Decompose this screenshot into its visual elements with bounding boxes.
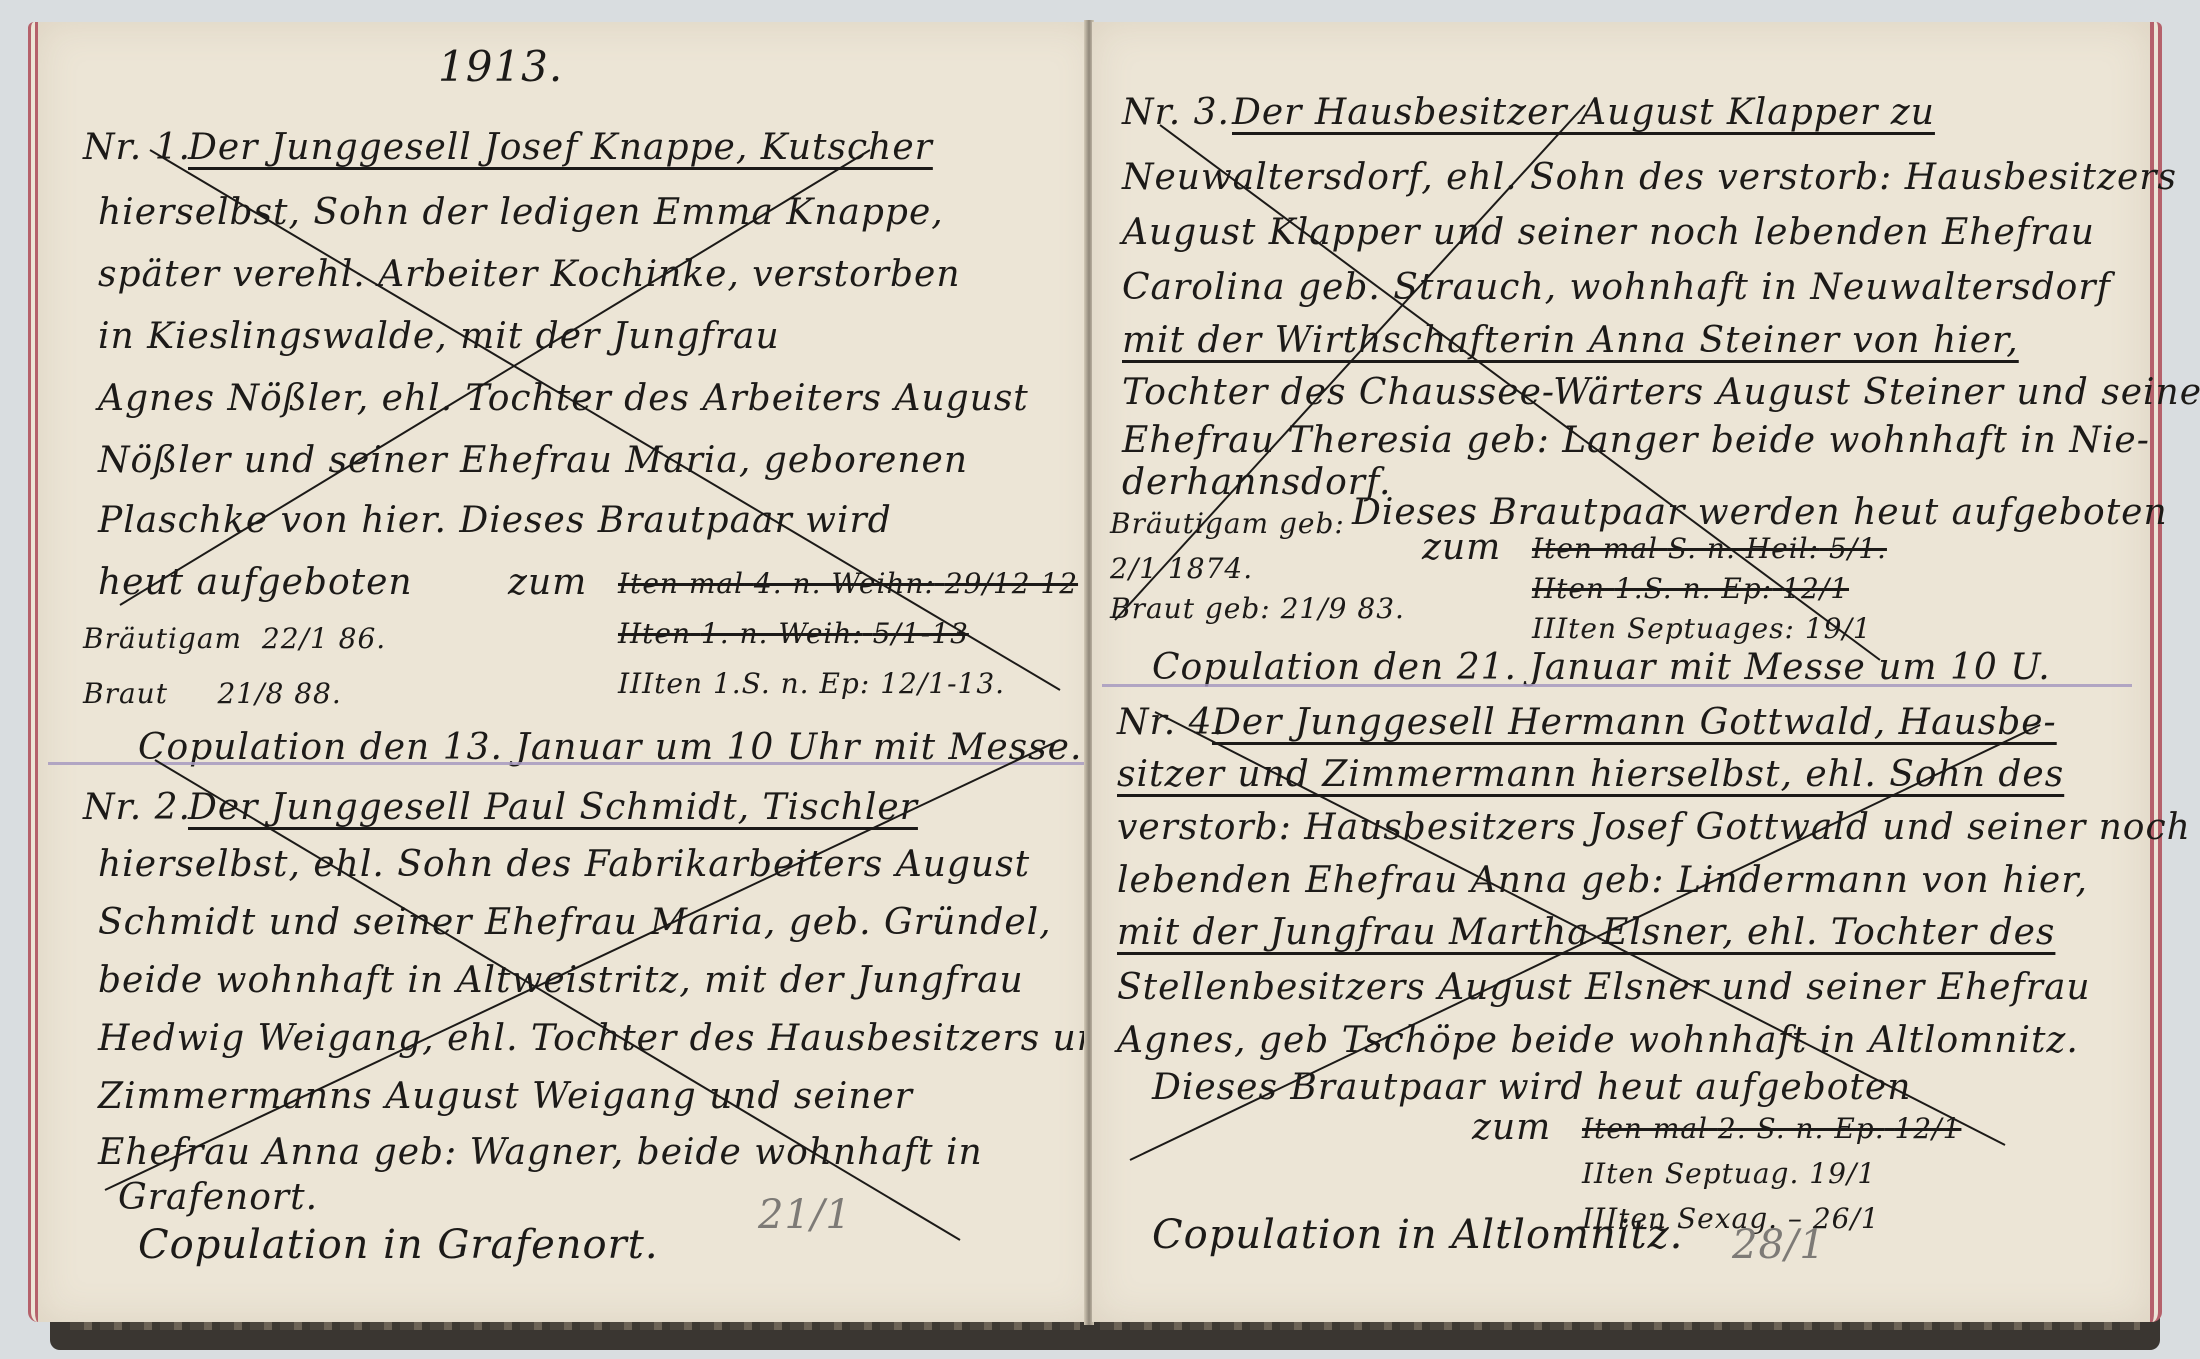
entry-line: Carolina geb. Strauch, wohnhaft in Neuwa…	[1122, 267, 2111, 308]
proclamation-1: Iten mal S. n. Heil: 5/1.	[1532, 532, 1887, 565]
entry-line: mit der Wirthschafterin Anna Steiner von…	[1122, 320, 2019, 361]
entry-line: hierselbst, ehl. Sohn des Fabrikarbeiter…	[98, 844, 1030, 885]
entry-line: Stellenbesitzers August Elsner und seine…	[1117, 967, 2091, 1008]
proclamation-1: Iten mal 4. n. Weihn: 29/12 12	[618, 567, 1078, 600]
left-page: 1913. Nr. 1. Der Junggesell Josef Knappe…	[28, 22, 1098, 1322]
entry-line: hierselbst, Sohn der ledigen Emma Knappe…	[98, 192, 944, 233]
proclamation-2: IIten 1.S. n. Ep: 12/1	[1532, 572, 1849, 605]
copulation-note: Copulation den 21. Januar mit Messe um 1…	[1152, 647, 2051, 688]
proclamation-2: IIten Septuag. 19/1	[1582, 1157, 1876, 1190]
birth-bride: Braut geb: 21/9 83.	[1110, 592, 1405, 625]
entry-line: Der Hausbesitzer August Klapper zu	[1232, 92, 1935, 133]
birth-groom-label: Bräutigam geb:	[1110, 507, 1345, 540]
entry-line: Plaschke von hier. Dieses Brautpaar wird	[98, 500, 892, 541]
proclamation-intro: zum	[508, 562, 587, 603]
entry-line: Hedwig Weigang, ehl. Tochter des Hausbes…	[98, 1018, 1125, 1059]
pencil-date: 28/1	[1732, 1222, 1826, 1268]
proclamation-2: IIten 1. n. Weih: 5/1-13	[618, 617, 969, 650]
entry-line: Neuwaltersdorf, ehl. Sohn des verstorb: …	[1122, 157, 2177, 198]
proclamation-1: Iten mal 2. S. n. Ep. 12/1	[1582, 1112, 1961, 1145]
birth-bride: Braut 21/8 88.	[83, 677, 342, 710]
entry-line: August Klapper und seiner noch lebenden …	[1122, 212, 2095, 253]
year-heading: 1913.	[438, 42, 563, 91]
proclamation-3: IIIten Septuages: 19/1	[1532, 612, 1872, 645]
entry-line: später verehl. Arbeiter Kochinke, versto…	[98, 254, 961, 295]
birth-groom: Bräutigam 22/1 86.	[83, 622, 386, 655]
entry-line: Grafenort.	[118, 1177, 318, 1218]
proclamation-3: IIIten 1.S. n. Ep: 12/1-13.	[618, 667, 1005, 700]
right-page: Nr. 3. Der Hausbesitzer August Klapper z…	[1092, 22, 2162, 1322]
entry-line: mit der Jungfrau Martha Elsner, ehl. Toc…	[1117, 912, 2055, 953]
entry-line: Dieses Brautpaar wird heut aufgeboten	[1152, 1067, 1911, 1108]
entry-line: verstorb: Hausbesitzers Josef Gottwald u…	[1117, 807, 2191, 848]
entry-line: Der Junggesell Hermann Gottwald, Hausbe-	[1212, 702, 2057, 743]
entry-line: Ehefrau Theresia geb: Langer beide wohnh…	[1122, 420, 2150, 461]
proclamation-intro: zum	[1422, 527, 1501, 568]
entry-line: Agnes Nößler, ehl. Tochter des Arbeiters…	[98, 378, 1029, 419]
entry-line: Der Junggesell Josef Knappe, Kutscher	[188, 127, 933, 168]
entry-number: Nr. 3.	[1122, 92, 1230, 133]
entry-divider	[48, 762, 1088, 765]
pencil-date: 21/1	[758, 1192, 852, 1238]
entry-line: Schmidt und seiner Ehefrau Maria, geb. G…	[98, 902, 1052, 943]
birth-groom-date: 2/1 1874.	[1110, 552, 1253, 585]
entry-line: Tochter des Chaussee-Wärters August Stei…	[1122, 372, 2200, 413]
entry-line: Agnes, geb Tschöpe beide wohnhaft in Alt…	[1117, 1020, 2079, 1061]
entry-line: lebenden Ehefrau Anna geb: Lindermann vo…	[1117, 860, 2088, 901]
entry-number: Nr. 1.	[83, 127, 191, 168]
entry-line: beide wohnhaft in Altweistritz, mit der …	[98, 960, 1024, 1001]
copulation-note: Copulation in Grafenort.	[138, 1222, 659, 1268]
entry-line: heut aufgeboten	[98, 562, 413, 603]
entry-number: Nr. 4.	[1117, 702, 1225, 743]
entry-divider	[1102, 684, 2132, 687]
entry-line: Zimmermanns August Weigang und seiner	[98, 1076, 913, 1117]
entry-line: sitzer und Zimmermann hierselbst, ehl. S…	[1117, 754, 2064, 795]
entry-line: Der Junggesell Paul Schmidt, Tischler	[188, 787, 918, 828]
copulation-note: Copulation in Altlomnitz.	[1152, 1212, 1683, 1258]
entry-line: Nößler und seiner Ehefrau Maria, geboren…	[98, 440, 968, 481]
entry-line: Ehefrau Anna geb: Wagner, beide wohnhaft…	[98, 1132, 983, 1173]
entry-line: in Kieslingswalde, mit der Jungfrau	[98, 316, 780, 357]
entry-number: Nr. 2.	[83, 787, 191, 828]
proclamation-intro: zum	[1472, 1107, 1551, 1148]
